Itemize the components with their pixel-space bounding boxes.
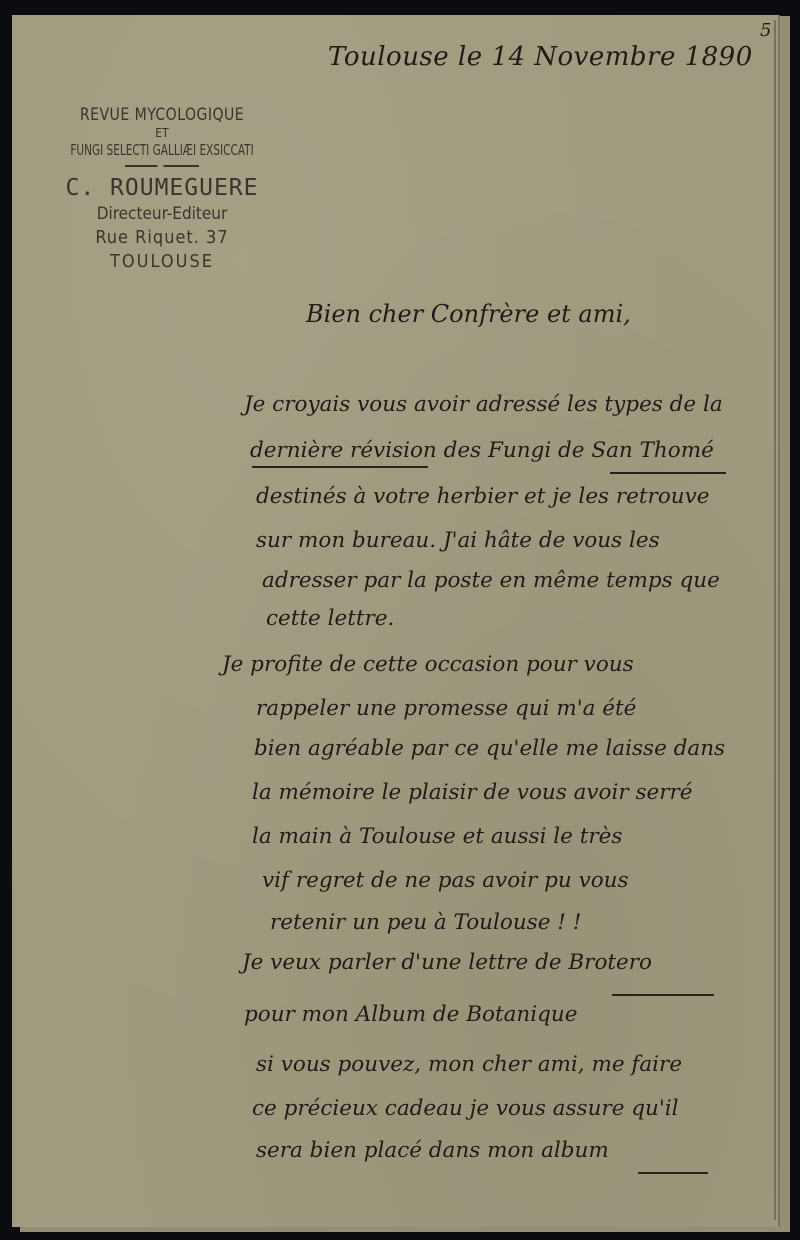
- letter-line: destinés à votre herbier et je les retro…: [256, 484, 709, 509]
- letter-line: adresser par la poste en même temps que: [262, 568, 720, 593]
- stamp-conjunction: ET: [22, 126, 302, 140]
- underline: [612, 994, 714, 996]
- letter-line: si vous pouvez, mon cher ami, me faire: [256, 1052, 682, 1077]
- letter-line: la mémoire le plaisir de vous avoir serr…: [252, 780, 693, 805]
- letter-line: sera bien placé dans mon album: [256, 1138, 609, 1163]
- page-edge: [774, 20, 776, 1220]
- letter-line: Je veux parler d'une lettre de Brotero: [242, 950, 652, 975]
- letter-line: dernière révision des Fungi de San Thomé: [250, 438, 714, 463]
- letter-line: sur mon bureau. J'ai hâte de vous les: [256, 528, 660, 553]
- letter-line: Je profite de cette occasion pour vous: [222, 652, 634, 677]
- letter-line: retenir un peu à Toulouse ! !: [270, 910, 581, 935]
- letter-line: cette lettre.: [266, 606, 394, 631]
- stamp-journal-title: REVUE MYCOLOGIQUE: [33, 104, 291, 126]
- stamp-address: Rue Riquet. 37: [22, 226, 302, 250]
- stamp-title: Directeur-Editeur: [22, 202, 302, 226]
- dateline: Toulouse le 14 Novembre 1890: [328, 42, 753, 72]
- letter-line: Je croyais vous avoir adressé les types …: [244, 392, 723, 417]
- letter-line: pour mon Album de Botanique: [244, 1002, 578, 1027]
- salutation: Bien cher Confrère et ami,: [306, 300, 631, 328]
- letter-line: la main à Toulouse et aussi le très: [252, 824, 622, 849]
- underline: [610, 472, 726, 474]
- letter-line: bien agréable par ce qu'elle me laisse d…: [254, 736, 725, 761]
- letter-line: vif regret de ne pas avoir pu vous: [262, 868, 629, 893]
- stamp-city: TOULOUSE: [22, 250, 302, 274]
- stamp-series-title: FUNGI SELECTI GALLIÆI EXSICCATI: [37, 140, 287, 160]
- letter-line: rappeler une promesse qui m'a été: [256, 696, 636, 721]
- stamp-separator: [125, 165, 199, 167]
- underline: [252, 466, 428, 468]
- underline: [638, 1172, 708, 1174]
- letterhead-stamp: REVUE MYCOLOGIQUE ET FUNGI SELECTI GALLI…: [22, 104, 302, 274]
- letter-line: ce précieux cadeau je vous assure qu'il: [252, 1096, 679, 1121]
- page-number: 5: [760, 20, 771, 41]
- stamp-name: C. ROUMEGUERE: [22, 174, 302, 202]
